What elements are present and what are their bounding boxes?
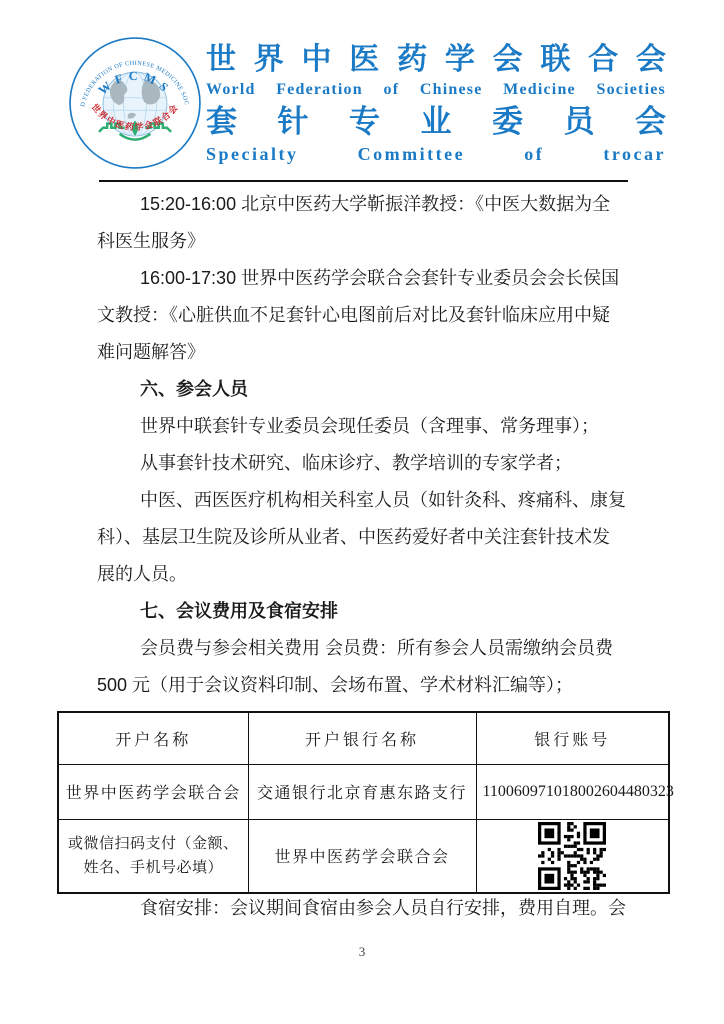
body-text-after-table: 食宿安排：会议期间食宿由参会人员自行安排，费用自理。会 bbox=[97, 890, 627, 927]
body-text: 15:20-16:00 北京中医药大学靳振洋教授：《中医大数据为全 科医生服务》… bbox=[97, 186, 627, 704]
table-header-bank-name: 开户银行名称 bbox=[248, 712, 476, 764]
wechat-payment-qr-code bbox=[538, 822, 606, 890]
committee-name-zh: 套针专业委员会 bbox=[206, 103, 666, 141]
org-name-en: WorldFederationofChineseMedicineSocietie… bbox=[206, 78, 666, 101]
bank-info-table: 开户名称 开户银行名称 银行账号 世界中医药学会联合会 交通银行北京育惠东路支行… bbox=[57, 711, 670, 894]
body-line: 科医生服务》 bbox=[97, 223, 627, 260]
table-header-row: 开户名称 开户银行名称 银行账号 bbox=[58, 712, 669, 764]
header-titles: 世界中医药学会联合会 WorldFederationofChineseMedic… bbox=[206, 42, 666, 166]
table-row: 或微信扫码支付（金额、姓名、手机号必填） 世界中医药学会联合会 bbox=[58, 819, 669, 893]
table-cell-account-name: 世界中医药学会联合会 bbox=[58, 764, 248, 819]
body-line: 从事套针技术研究、临床诊疗、教学培训的专家学者； bbox=[97, 445, 627, 482]
table-cell-wechat-pay-note: 或微信扫码支付（金额、姓名、手机号必填） bbox=[58, 819, 248, 893]
table-cell-bank-name: 交通银行北京育惠东路支行 bbox=[248, 764, 476, 819]
body-line: 会员费与参会相关费用 会员费：所有参会人员需缴纳会员费 bbox=[97, 630, 627, 667]
footer-page-number: 3 bbox=[359, 944, 366, 959]
body-line: 16:00-17:30 世界中医药学会联合会套针专业委员会会长侯国 bbox=[97, 260, 627, 297]
body-line: 500 元（用于会议资料印制、会场布置、学术材料汇编等）； bbox=[97, 667, 627, 704]
document-page: WORLD FEDERATION OF CHINESE MEDICINE SOC… bbox=[0, 0, 724, 1024]
body-line: 中医、西医医疗机构相关科室人员（如针灸科、疼痛科、康复 bbox=[97, 482, 627, 519]
body-line: 世界中联套针专业委员会现任委员（含理事、常务理事）； bbox=[97, 408, 627, 445]
body-line: 15:20-16:00 北京中医药大学靳振洋教授：《中医大数据为全 bbox=[97, 186, 627, 223]
body-line: 展的人员。 bbox=[97, 556, 627, 593]
header-divider bbox=[99, 180, 628, 182]
body-line: 文教授：《心脏供血不足套针心电图前后对比及套针临床应用中疑 bbox=[97, 297, 627, 334]
org-name-zh: 世界中医药学会联合会 bbox=[206, 42, 666, 78]
table-row: 世界中医药学会联合会 交通银行北京育惠东路支行 1100609710180026… bbox=[58, 764, 669, 819]
table-header-account-number: 银行账号 bbox=[476, 712, 669, 764]
table-cell-qr bbox=[476, 819, 669, 893]
wfcms-logo: WORLD FEDERATION OF CHINESE MEDICINE SOC… bbox=[68, 36, 202, 170]
footer: 3 bbox=[0, 944, 724, 960]
body-line: 食宿安排：会议期间食宿由参会人员自行安排，费用自理。会 bbox=[97, 890, 627, 927]
body-line: 科）、基层卫生院及诊所从业者、中医药爱好者中关注套针技术发 bbox=[97, 519, 627, 556]
table-cell-account-number: 110060971018002604480323 bbox=[476, 764, 669, 819]
table-header-account-name: 开户名称 bbox=[58, 712, 248, 764]
body-line: 难问题解答》 bbox=[97, 334, 627, 371]
section-heading-attendees: 六、参会人员 bbox=[97, 371, 627, 408]
committee-name-en: SpecialtyCommitteeoftrocar bbox=[206, 142, 666, 166]
section-heading-fees: 七、会议费用及食宿安排 bbox=[97, 593, 627, 630]
table-cell-payee-name: 世界中医药学会联合会 bbox=[248, 819, 476, 893]
